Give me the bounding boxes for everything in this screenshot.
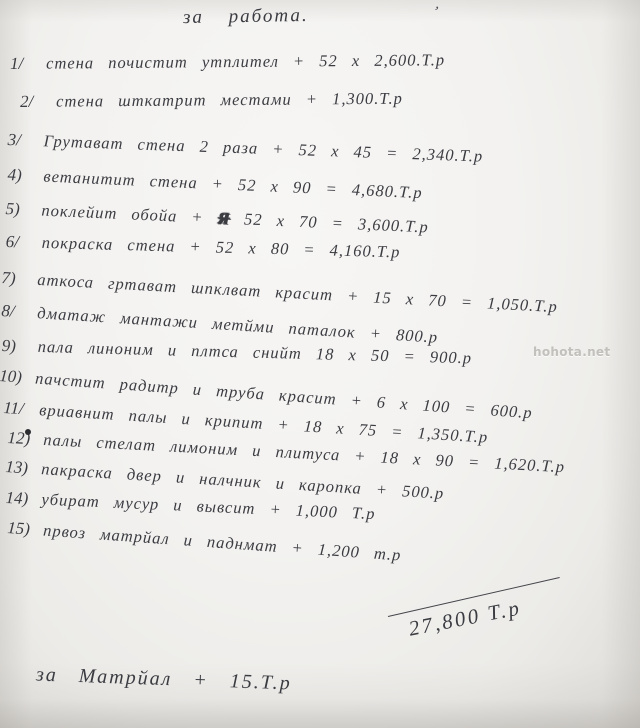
total-amount: 27,800 Т.р xyxy=(407,595,524,641)
item-text: покраска стена + 52 х 80 = 4,160.Т.р xyxy=(41,233,400,261)
item-text: стена шткатрит местами + 1,300.Т.р xyxy=(56,89,403,111)
item-number: 5) xyxy=(5,199,36,220)
scribbled-out-mark: Я xyxy=(217,208,230,228)
material-cost-line: за Матрйал + 15.Т.р xyxy=(36,664,292,696)
item-number: 14) xyxy=(5,488,36,509)
item-text: ветанитит стена + 52 х 90 = 4,680.Т.р xyxy=(43,167,423,203)
handwritten-note-photo: за работа. ’ 1/стена почистит утплител +… xyxy=(0,0,640,728)
list-item: 1/стена почистит утплител + 52 х 2,600.Т… xyxy=(10,50,445,74)
item-number: 12) xyxy=(7,428,38,450)
list-item: 5)поклейит обойа + Я 52 х 70 = 3,600.Т.р xyxy=(5,199,429,237)
item-number: 4) xyxy=(7,165,38,186)
item-number: 13) xyxy=(5,457,36,479)
list-item: 6/покраска стена + 52 х 80 = 4,160.Т.р xyxy=(5,232,400,262)
list-item: 4)ветанитит стена + 52 х 90 = 4,680.Т.р xyxy=(7,165,423,203)
page-title: за работа. xyxy=(183,5,309,29)
list-item: 2/стена шткатрит местами + 1,300.Т.р xyxy=(20,89,403,112)
list-item: 15)првоз матрйал и паднмат + 1,200 т.р xyxy=(7,518,402,566)
list-item: 3/Грутават стена 2 раза + 52 х 45 = 2,34… xyxy=(7,130,483,167)
item-number: 10) xyxy=(0,366,30,388)
stray-pen-mark: ’ xyxy=(429,4,439,22)
item-number: 7) xyxy=(1,268,32,290)
item-text-post: 52 х 70 = 3,600.Т.р xyxy=(244,209,429,236)
item-number: 1/ xyxy=(10,54,40,74)
item-number: 8/ xyxy=(1,301,32,323)
item-text: Грутават стена 2 раза + 52 х 45 = 2,340.… xyxy=(43,131,483,165)
ink-blot xyxy=(25,429,31,435)
item-number: 9) xyxy=(1,336,32,357)
item-number: 11/ xyxy=(3,398,34,420)
item-number: 6/ xyxy=(5,232,36,253)
item-number: 3/ xyxy=(7,130,38,151)
item-text: стена почистит утплител + 52 х 2,600.Т.р xyxy=(46,50,445,72)
item-text: првоз матрйал и паднмат + 1,200 т.р xyxy=(43,521,402,565)
watermark: hohota.net xyxy=(533,345,610,359)
item-number: 15) xyxy=(7,518,38,540)
item-text-pre: поклейит обойа + xyxy=(41,201,204,227)
item-text: поклейит обойа + Я 52 х 70 = 3,600.Т.р xyxy=(41,201,429,237)
item-number: 2/ xyxy=(20,92,50,112)
